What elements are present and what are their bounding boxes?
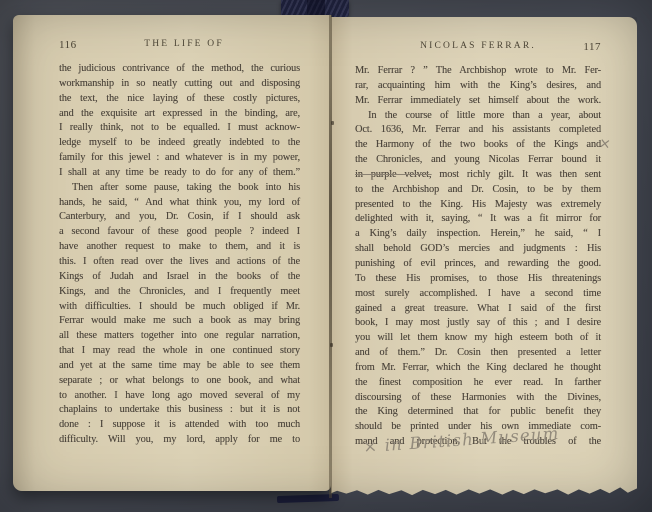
text-line: done : I suppose it is attended with too… [59,418,300,433]
text-line: Then after some pause, taking the book i… [59,181,300,196]
binding-stitch [331,121,334,125]
text-line: with difficulties. I should be much obli… [59,300,300,315]
text-line: In the course of little more than a year… [355,109,601,124]
text-line: gained a great treasure. What I said of … [355,302,601,317]
book-gutter [329,15,332,498]
text-line: ledge myself to be indeed greatly indebt… [59,136,300,151]
text-line: in purple velvet, most richly gilt. It w… [355,168,601,183]
text-line: punishing of evil princes, and rewarding… [355,257,601,272]
text-line: presented to the King. His Majesty was e… [355,198,601,213]
text-line: Oct. 1636, Mr. Ferrar and his assistants… [355,123,601,138]
text-line: Mr. Ferrar immediately set himself about… [355,94,601,109]
text-line: Ferrar would make me such a book as may … [59,314,300,329]
pencil-x-mark: × [598,135,612,152]
text-line: difficulty. Will you, my lord, apply for… [59,433,300,448]
text-line: this. I often read over the lives and ac… [59,255,300,270]
text-line: you will let them know my high esteem bo… [355,331,601,346]
right-page: NICOLAS FERRAR. 117 Mr. Ferrar ? ” The A… [331,17,637,498]
text-line: that I may read the whole in one continu… [59,344,300,359]
text-line: all these matters together into one regu… [59,329,300,344]
text-line: Canterbury, and you, Dr. Cosin, if I sho… [59,210,300,225]
text-line: the text, the nice laying of these costl… [59,92,300,107]
text-line: the Chronicles, and young Nicolas Ferrar… [355,153,601,168]
text-line: Kings, and the Chronicles, and I frequen… [59,285,300,300]
text-line: to another. I have long ago moved severa… [59,389,300,404]
text-line: the judicious contrivance of the method,… [59,62,300,77]
text-line: a King’s daily inspection. Herein,” he s… [355,227,601,242]
text-line: discoursing of these Harmonies with the … [355,391,601,406]
text-line: and yet at the same time may be able to … [59,359,300,374]
binding-stitch [330,343,333,347]
text-line: Kings of Judah and Israel in the books o… [59,270,300,285]
text-line: to the Archbishop and Dr. Cosin, to be b… [355,183,601,198]
text-line: Mr. Ferrar ? ” The Archbishop wrote to M… [355,64,601,79]
photo-background: 116 THE LIFE OF the judicious contrivanc… [0,0,652,512]
right-page-text: Mr. Ferrar ? ” The Archbishop wrote to M… [355,64,601,450]
text-line: separate ; or what belongs to one book, … [59,374,300,389]
text-line: shall behold GOD’s mercies and judgments… [355,242,601,257]
text-line: delighted with it, saying, “ It was a fi… [355,212,601,227]
right-running-title: NICOLAS FERRAR. [355,41,601,51]
text-line: have another request to make to them, an… [59,240,300,255]
text-line: the Harmony of the two books of the King… [355,138,601,153]
right-page-header: NICOLAS FERRAR. 117 [355,41,601,55]
text-line: chaplains to undertake this business : b… [59,403,300,418]
text-line: I shall at any time be ready to do for a… [59,166,300,181]
text-line: a second favour of these good people ? i… [59,225,300,240]
text-line: and the exquisite art expressed in the b… [59,107,300,122]
text-line: the finest composition he ever read. In … [355,376,601,391]
left-page: 116 THE LIFE OF the judicious contrivanc… [13,15,331,491]
left-page-header: 116 THE LIFE OF [59,39,301,53]
text-line: family for this jewel : and whatever is … [59,151,300,166]
text-line: most surely accomplished. I have a secon… [355,287,601,302]
left-running-title: THE LIFE OF [67,39,301,49]
text-line: To these His promises, to those His thre… [355,272,601,287]
text-line: workmanship in so neatly cutting out and… [59,77,300,92]
text-line: the King determined that for public bene… [355,405,601,420]
text-line: rar, acquainting him with the King’s des… [355,79,601,94]
text-line: I really think, not to be equalled. I mu… [59,121,300,136]
text-line: from Mr. Ferrar, which the King declared… [355,361,601,376]
pencil-strikethrough: in purple velvet, [355,169,431,180]
left-page-text: the judicious contrivance of the method,… [59,62,300,448]
text-line: book, I may most justly say of this ; an… [355,316,601,331]
right-page-number: 117 [583,41,601,53]
text-line: and of them.” Dr. Cosin then presented a… [355,346,601,361]
text-line: hands, he said, “ And what think you, my… [59,196,300,211]
